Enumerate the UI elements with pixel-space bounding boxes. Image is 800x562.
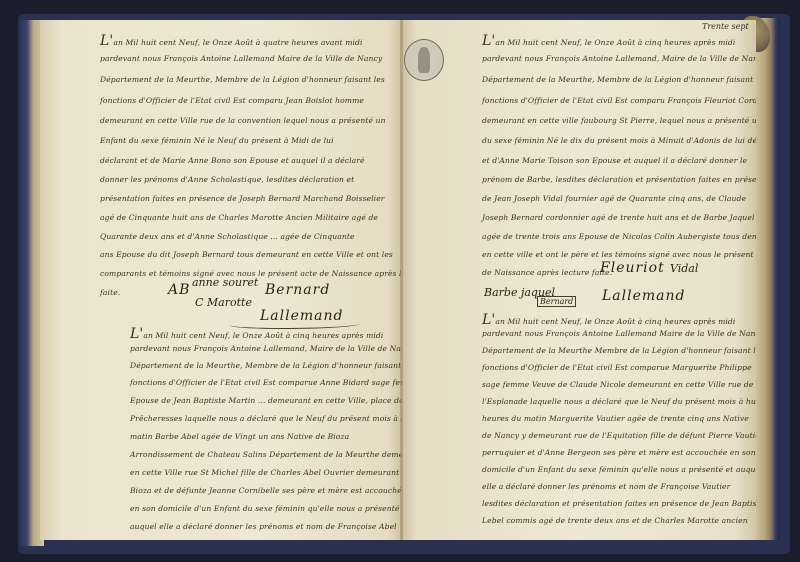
record-line: faite. [100, 288, 120, 297]
record-line: Département de la Meurthe Membre de la L… [482, 346, 756, 355]
record-line: du sexe féminin Né le dix du présent moi… [482, 136, 756, 145]
seal-figure-icon [418, 47, 430, 73]
record-line: Enfant du sexe féminin Né le Neuf du pré… [100, 136, 334, 145]
record-line: agé de Cinquante huit ans de Charles Mar… [100, 213, 378, 222]
signature: AB [168, 282, 190, 298]
record-line: Arrondissement de Chateau Salins Départe… [130, 450, 402, 459]
book-spine [400, 20, 403, 540]
record-line: ans Epouse du dit Joseph Bernard tous de… [100, 250, 393, 259]
book-right-edge [752, 18, 780, 540]
record-line: prénom de Barbe, lesdites déclaration et… [482, 175, 756, 184]
record-line: pardevant nous François Antoine Lalleman… [100, 54, 382, 63]
record-line: fonctions d'Officier de l'Etat civil Est… [482, 96, 756, 105]
record-line: pardevant nous François Antoine Lalleman… [482, 329, 756, 338]
record-line: en cette ville et ont le père et les tém… [482, 250, 756, 259]
record-line: demeurant en cette ville faubourg St Pie… [482, 116, 756, 125]
record-line: fonctions d'Officier de l'Etat civil Est… [482, 363, 752, 372]
record-line: L'an Mil huit cent Neuf, le Onze Août à … [482, 33, 735, 49]
record-line: fonctions d'Officier de l'Etat civil Est… [130, 378, 402, 387]
record-line: en son domicile d'un Enfant du sexe fémi… [130, 504, 402, 513]
record-line: L'an Mil huit cent Neuf, le Onze Août à … [100, 33, 363, 49]
record-line: elle a déclaré donner les prénoms et nom… [482, 482, 730, 491]
record-line: Prêcheresses laquelle nous a déclaré que… [130, 414, 402, 423]
record-line: heures du matin Marguerite Vautier agée … [482, 414, 749, 423]
record-line: présentation faites en présence de Josep… [100, 194, 385, 203]
record-line: Bioza et de défunte Jeanne Cornibelle se… [130, 486, 402, 495]
record-line: sage femme Veuve de Claude Nicole demeur… [482, 380, 753, 389]
record-line: Epouse de Jean Baptiste Martin ... demeu… [130, 396, 402, 405]
seal-stamp [404, 39, 444, 81]
signature: Lallemand [602, 288, 685, 304]
signature: C Marotte [195, 296, 252, 309]
signature: Bernard [537, 296, 576, 307]
record-line: domicile d'un Enfant du sexe féminin qu'… [482, 465, 756, 474]
record-line: L'an Mil huit cent Neuf, le Onze Août à … [482, 312, 735, 328]
record-line: Joseph Bernard cordonnier agé de trente … [482, 213, 755, 222]
signature: Vidal [670, 262, 698, 275]
record-line: auquel elle a déclaré donner les prénoms… [130, 522, 397, 531]
record-line: matin Barbe Abel agée de Vingt un ans Na… [130, 432, 349, 441]
signature: anne souret [192, 276, 258, 289]
record-line: pardevant nous François Antoine Lalleman… [482, 54, 756, 63]
left-page: L'an Mil huit cent Neuf, le Onze Août à … [40, 20, 402, 540]
record-line: donner les prénoms d'Anne Scholastique, … [100, 175, 354, 184]
record-line: L'an Mil huit cent Neuf, le Onze Août à … [130, 326, 383, 342]
record-line: Département de la Meurthe, Membre de la … [100, 75, 385, 84]
page-number-note: Trente sept [702, 22, 749, 31]
record-line: et d'Anne Marie Toison son Epouse et auq… [482, 156, 747, 165]
record-line: déclarant et de Marie Anne Bono son Epou… [100, 156, 365, 165]
record-line: demeurant en cette Ville rue de la conve… [100, 116, 386, 125]
record-line: agée de trente trois ans Epouse de Nicol… [482, 232, 756, 241]
record-line: Département de la Meurthe, Membre de la … [130, 361, 402, 370]
record-line: de Nancy y demeurant rue de l'Equitation… [482, 431, 756, 440]
record-line: fonctions d'Officier de l'Etat civil Est… [100, 96, 364, 105]
record-line: pardevant nous François Antoine Lalleman… [130, 344, 402, 353]
right-page: Trente sept L'an Mil huit cent Neuf, le … [402, 20, 756, 540]
record-line: Quarante deux ans et d'Anne Scholastique… [100, 232, 355, 241]
record-line: de Naissance après lecture faite. [482, 268, 612, 277]
record-line: en cette Ville rue St Michel fille de Ch… [130, 468, 402, 477]
signature: Bernard [265, 282, 330, 298]
record-line: Lebel commis agé de trente deux ans et d… [482, 516, 748, 525]
record-line: de Jean Joseph Vidal fournier agé de Qua… [482, 194, 746, 203]
record-line: lesdites déclaration et présentation fai… [482, 499, 756, 508]
record-line: l'Esplanade laquelle nous a déclaré que … [482, 397, 756, 406]
record-line: perruquier et d'Anne Bergeon ses père et… [482, 448, 756, 457]
signature: Fleuriot [600, 260, 665, 276]
record-line: Département de la Meurthe, Membre de la … [482, 75, 756, 84]
